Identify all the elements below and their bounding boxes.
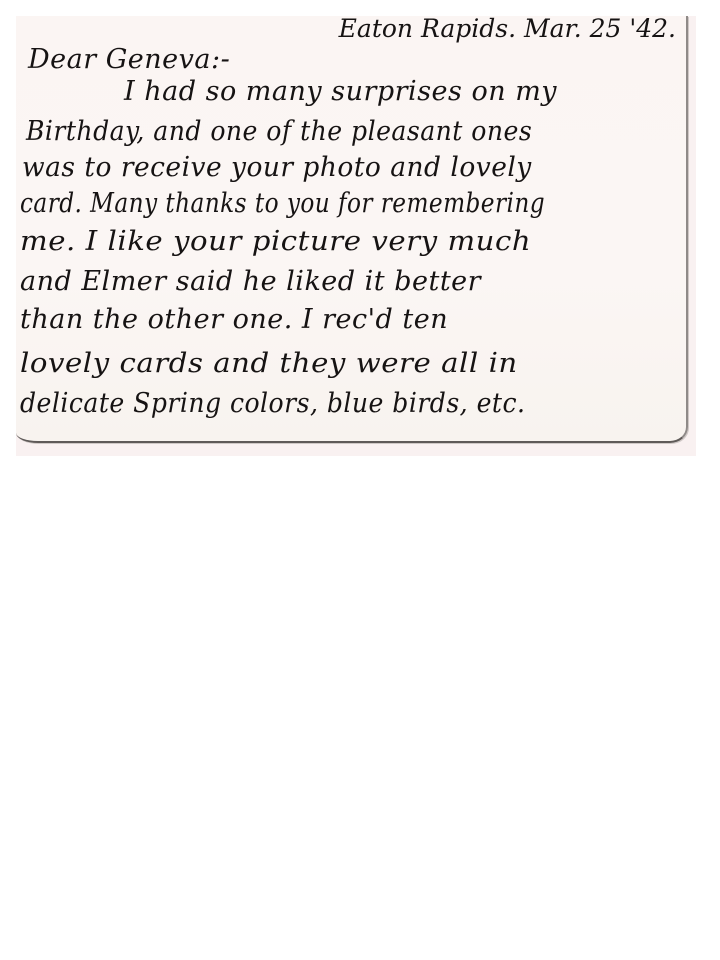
letter-salutation: Dear Geneva:- bbox=[28, 44, 230, 75]
letter-line: card. Many thanks to you for remembering bbox=[20, 188, 545, 219]
letter-line: Birthday, and one of the pleasant ones bbox=[26, 116, 532, 147]
letter-line: lovely cards and they were all in bbox=[20, 348, 518, 379]
letter-line: delicate Spring colors, blue birds, etc. bbox=[20, 388, 525, 419]
letter-card: Eaton Rapids. Mar. 25 '42. Dear Geneva:-… bbox=[16, 16, 688, 443]
letter-line: was to receive your photo and lovely bbox=[22, 152, 532, 183]
letter-line: I had so many surprises on my bbox=[124, 76, 557, 107]
letter-line: and Elmer said he liked it better bbox=[20, 266, 481, 297]
letter-line: than the other one. I rec'd ten bbox=[20, 304, 448, 335]
scanned-letter-image: Eaton Rapids. Mar. 25 '42. Dear Geneva:-… bbox=[16, 16, 696, 456]
letter-dateline: Eaton Rapids. Mar. 25 '42. bbox=[339, 14, 676, 43]
letter-line: me. I like your picture very much bbox=[20, 226, 531, 257]
